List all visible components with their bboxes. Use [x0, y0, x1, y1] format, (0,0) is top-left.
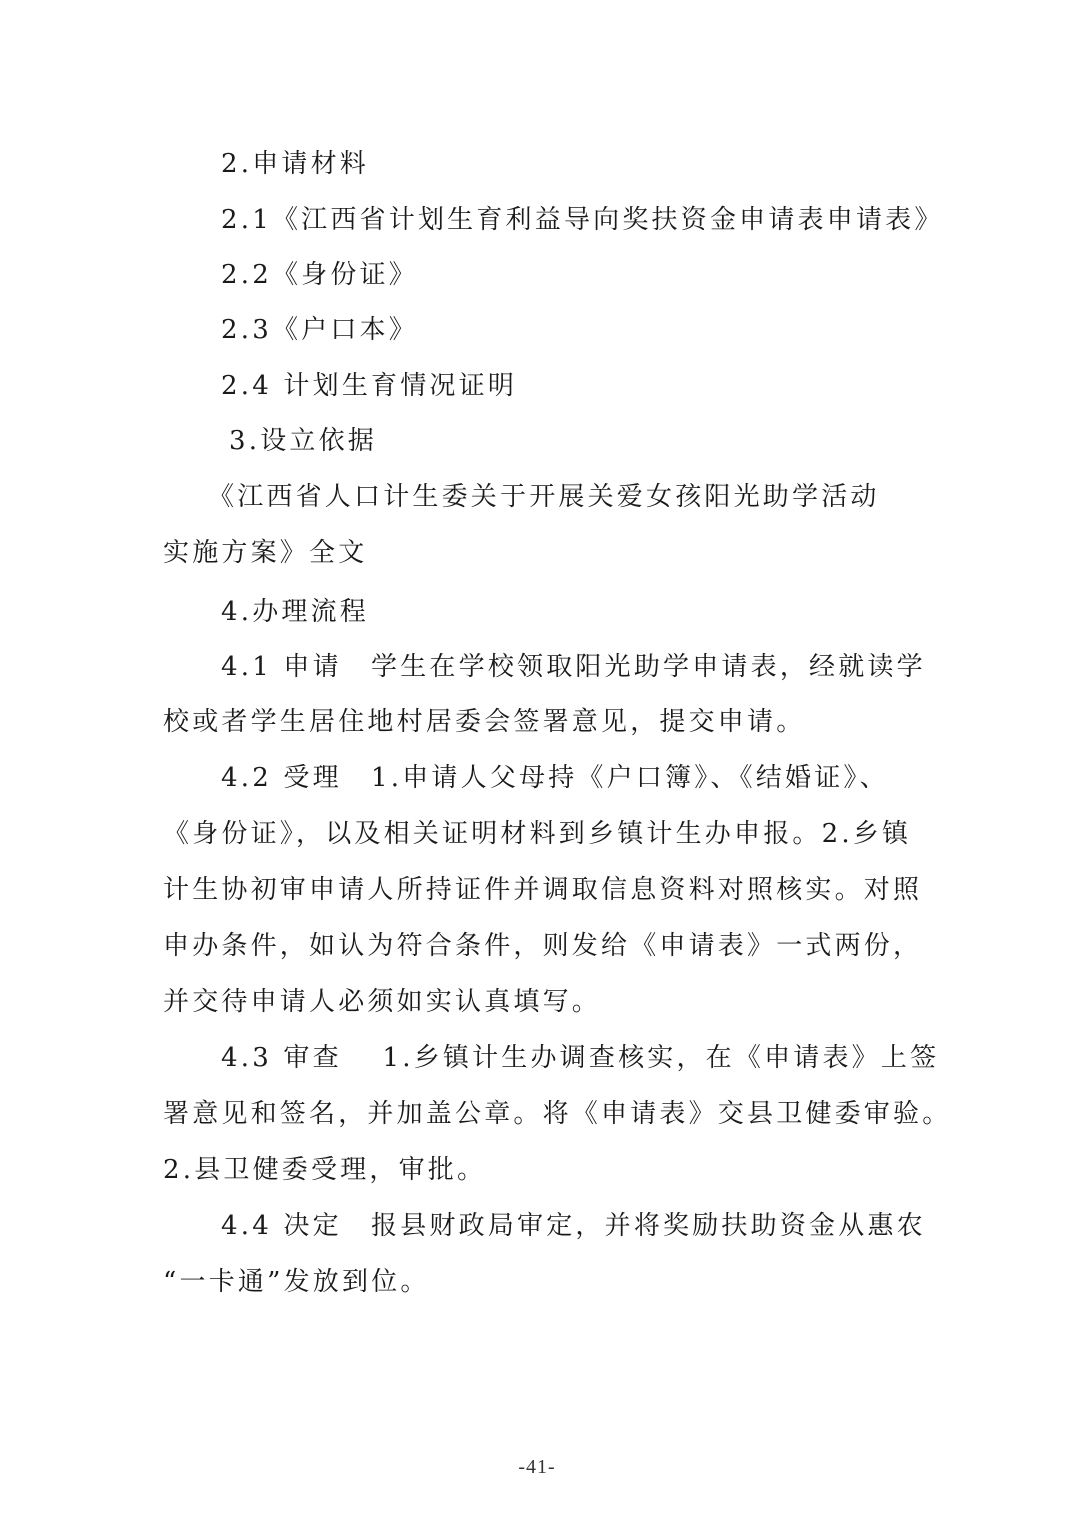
list-item-2-1: 2.1《江西省计划生育利益导向奖扶资金申请表申请表》 [221, 204, 944, 236]
document-page: 2.申请材料 2.1《江西省计划生育利益导向奖扶资金申请表申请表》 2.2《身份… [0, 0, 1074, 1520]
paragraph-4-3-line-2: 署意见和签名，并加盖公章。将《申请表》交县卫健委审验。 [163, 1098, 951, 1130]
paragraph-4-4-line-2: “一卡通”发放到位。 [163, 1266, 430, 1298]
paragraph-4-2-line-3: 计生协初审申请人所持证件并调取信息资料对照核实。对照 [163, 874, 922, 906]
paragraph-4-4-line-1: 4.4 决定 报县财政局审定，并将奖励扶助资金从惠农 [221, 1210, 926, 1242]
list-item-2-4: 2.4 计划生育情况证明 [221, 370, 517, 402]
list-item-2-2: 2.2《身份证》 [221, 259, 418, 291]
page-number: -41- [0, 1456, 1074, 1479]
paragraph-4-3-line-3: 2.县卫健委受理，审批。 [163, 1154, 486, 1186]
section-heading-basis: 3.设立依据 [229, 425, 377, 457]
paragraph-4-2-line-2: 《身份证》，以及相关证明材料到乡镇计生办申报。2.乡镇 [163, 818, 911, 850]
paragraph-4-2-line-5: 并交待申请人必须如实认真填写。 [163, 986, 601, 1018]
section-heading-application-materials: 2.申请材料 [221, 148, 369, 180]
paragraph-basis-line-2: 实施方案》全文 [163, 537, 367, 569]
paragraph-4-1-line-1: 4.1 申请 学生在学校领取阳光助学申请表，经就读学 [221, 651, 926, 683]
section-heading-process: 4.办理流程 [221, 596, 369, 628]
paragraph-4-3-line-1: 4.3 审查 1.乡镇计生办调查核实，在《申请表》上签 [221, 1042, 939, 1074]
paragraph-basis-line-1: 《江西省人口计生委关于开展关爱女孩阳光助学活动 [208, 481, 880, 513]
list-item-2-3: 2.3《户口本》 [221, 314, 418, 346]
paragraph-4-2-line-4: 申办条件，如认为符合条件，则发给《申请表》一式两份， [163, 930, 922, 962]
paragraph-4-2-line-1: 4.2 受理 1.申请人父母持《户口簿》、《结婚证》、 [221, 762, 889, 794]
paragraph-4-1-line-2: 校或者学生居住地村居委会签署意见，提交申请。 [163, 706, 805, 738]
